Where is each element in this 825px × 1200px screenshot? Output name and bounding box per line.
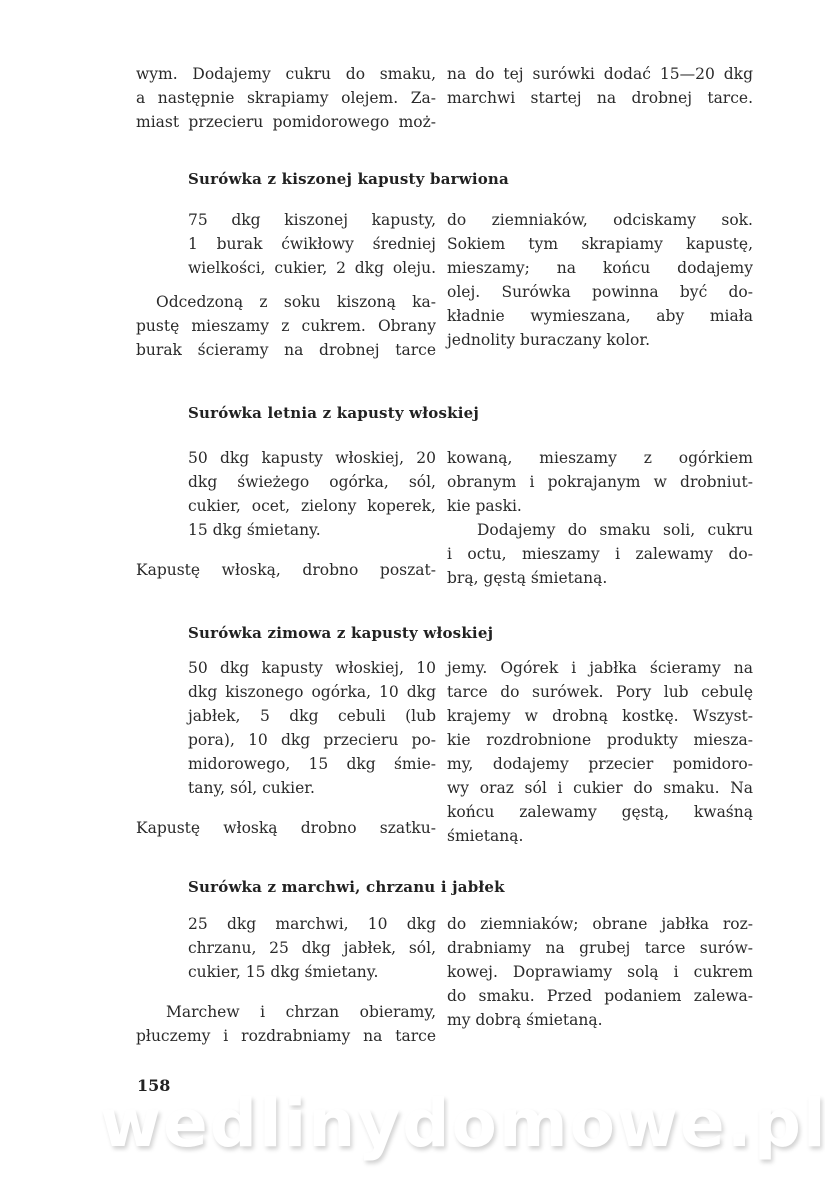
text-line: cukier, ocet, zielony koperek,: [188, 494, 436, 518]
text-line: do smaku. Przed podaniem zalewa-: [447, 984, 753, 1008]
text-line: dkg kiszonego ogórka, 10 dkg: [188, 680, 436, 704]
recipe-method-right: do ziemniaków, odciskamy sok. Sokiem tym…: [447, 208, 753, 352]
recipe-title: Surówka zimowa z kapusty włoskiej: [188, 624, 493, 642]
text-line: Marchew i chrzan obieramy,: [136, 1000, 436, 1024]
text-line: 15 dkg śmietany.: [188, 518, 436, 542]
recipe-method-right: jemy. Ogórek i jabłka ścieramy na tarce …: [447, 656, 753, 848]
text-line: do ziemniaków; obrane jabłka roz-: [447, 912, 753, 936]
text-line: olej. Surówka powinna być do-: [447, 280, 753, 304]
text-line: do ziemniaków, odciskamy sok.: [447, 208, 753, 232]
text-line: na do tej surówki dodać 15—20 dkg: [447, 62, 753, 86]
text-line: wy oraz sól i cukier do smaku. Na: [447, 776, 753, 800]
text-line: Kapustę włoską, drobno poszat-: [136, 558, 436, 582]
text-line: Kapustę włoską drobno szatku-: [136, 816, 436, 840]
text-line: tarce do surówek. Pory lub cebulę: [447, 680, 753, 704]
text-line: jabłek, 5 dkg cebuli (lub: [188, 704, 436, 728]
continuation-right: na do tej surówki dodać 15—20 dkg marchw…: [447, 62, 753, 110]
recipe-ingredients: 50 dkg kapusty włoskiej, 20 dkg świeżego…: [136, 446, 436, 542]
recipe-method-right: kowaną, mieszamy z ogórkiem obranym i po…: [447, 446, 753, 590]
text-line: marchwi startej na drobnej tarce.: [447, 86, 753, 110]
text-line: i octu, mieszamy i zalewamy do-: [447, 542, 753, 566]
text-line: Dodajemy do smaku soli, cukru: [447, 518, 753, 542]
text-line: obranym i pokrajanym w drobniut-: [447, 470, 753, 494]
text-line: 25 dkg marchwi, 10 dkg: [188, 912, 436, 936]
text-line: płuczemy i rozdrabniamy na tarce: [136, 1024, 436, 1048]
recipe-title: Surówka letnia z kapusty włoskiej: [188, 404, 479, 422]
text-line: kie rozdrobnione produkty miesza-: [447, 728, 753, 752]
recipe-method-left: Kapustę włoską drobno szatku-: [136, 816, 436, 840]
text-line: dkg świeżego ogórka, sól,: [188, 470, 436, 494]
text-line: jemy. Ogórek i jabłka ścieramy na: [447, 656, 753, 680]
recipe-method-left: Odcedzoną z soku kiszoną ka- pustę miesz…: [136, 290, 436, 362]
text-line: 1 burak ćwikłowy średniej: [188, 232, 436, 256]
text-line: krajemy w drobną kostkę. Wszyst-: [447, 704, 753, 728]
text-line: cukier, 15 dkg śmietany.: [188, 960, 436, 984]
text-line: kładnie wymieszana, aby miała: [447, 304, 753, 328]
text-line: kowaną, mieszamy z ogórkiem: [447, 446, 753, 470]
text-line: mieszamy; na końcu dodajemy: [447, 256, 753, 280]
text-line: tany, sól, cukier.: [188, 776, 436, 800]
book-page: wym. Dodajemy cukru do smaku, a następni…: [0, 0, 825, 1200]
text-line: Odcedzoną z soku kiszoną ka-: [136, 290, 436, 314]
text-line: burak ścieramy na drobnej tarce: [136, 338, 436, 362]
text-line: midorowego, 15 dkg śmie-: [188, 752, 436, 776]
continuation-left: wym. Dodajemy cukru do smaku, a następni…: [136, 62, 436, 134]
recipe-method-left: Kapustę włoską, drobno poszat-: [136, 558, 436, 582]
text-line: brą, gęstą śmietaną.: [447, 566, 753, 590]
text-line: a następnie skrapiamy olejem. Za-: [136, 86, 436, 110]
text-line: Sokiem tym skrapiamy kapustę,: [447, 232, 753, 256]
watermark: wedlinydomowe.pl: [100, 1085, 750, 1162]
text-line: 50 dkg kapusty włoskiej, 10: [188, 656, 436, 680]
text-line: kie paski.: [447, 494, 753, 518]
text-line: miast przecieru pomidorowego moż-: [136, 110, 436, 134]
recipe-title: Surówka z marchwi, chrzanu i jabłek: [188, 878, 505, 896]
text-line: końcu zalewamy gęstą, kwaśną: [447, 800, 753, 824]
recipe-title: Surówka z kiszonej kapusty barwiona: [188, 170, 509, 188]
text-line: jednolity buraczany kolor.: [447, 328, 753, 352]
text-line: 50 dkg kapusty włoskiej, 20: [188, 446, 436, 470]
text-line: kowej. Doprawiamy solą i cukrem: [447, 960, 753, 984]
text-line: my dobrą śmietaną.: [447, 1008, 753, 1032]
recipe-ingredients: 25 dkg marchwi, 10 dkg chrzanu, 25 dkg j…: [136, 912, 436, 984]
text-line: pustę mieszamy z cukrem. Obrany: [136, 314, 436, 338]
text-line: wym. Dodajemy cukru do smaku,: [136, 62, 436, 86]
recipe-method-left: Marchew i chrzan obieramy, płuczemy i ro…: [136, 1000, 436, 1048]
text-line: wielkości, cukier, 2 dkg oleju.: [188, 256, 436, 280]
text-line: pora), 10 dkg przecieru po-: [188, 728, 436, 752]
text-line: my, dodajemy przecier pomidoro-: [447, 752, 753, 776]
text-line: chrzanu, 25 dkg jabłek, sól,: [188, 936, 436, 960]
recipe-ingredients: 75 dkg kiszonej kapusty, 1 burak ćwikłow…: [136, 208, 436, 280]
recipe-method-right: do ziemniaków; obrane jabłka roz- drabni…: [447, 912, 753, 1032]
text-line: 75 dkg kiszonej kapusty,: [188, 208, 436, 232]
text-line: śmietaną.: [447, 824, 753, 848]
recipe-ingredients: 50 dkg kapusty włoskiej, 10 dkg kiszoneg…: [136, 656, 436, 800]
text-line: drabniamy na grubej tarce surów-: [447, 936, 753, 960]
